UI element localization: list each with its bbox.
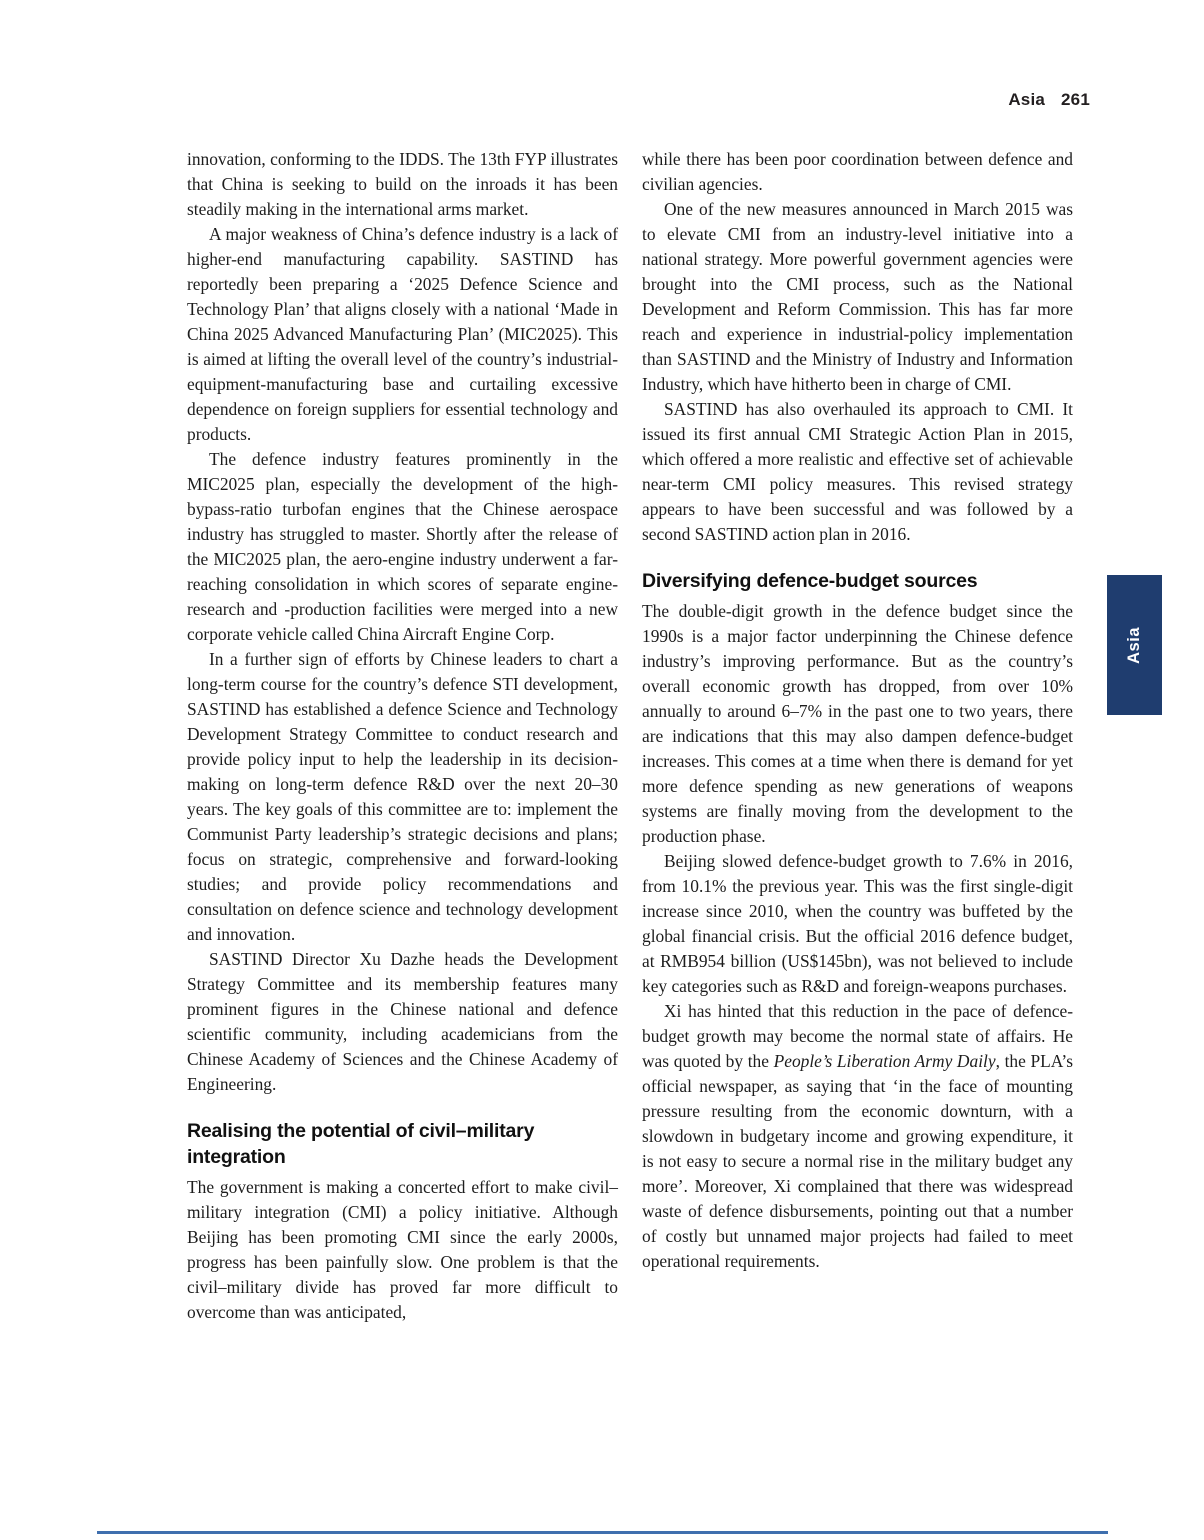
header-page-number: 261 (1061, 90, 1090, 109)
body-paragraph: innovation, conforming to the IDDS. The … (187, 147, 618, 222)
body-paragraph: SASTIND Director Xu Dazhe heads the Deve… (187, 947, 618, 1097)
left-column: innovation, conforming to the IDDS. The … (187, 147, 618, 1325)
page-header: Asia261 (642, 90, 1090, 110)
body-paragraph: The defence industry features prominentl… (187, 447, 618, 647)
page: Asia261 innovation, conforming to the ID… (0, 0, 1204, 1540)
body-paragraph: Xi has hinted that this reduction in the… (642, 999, 1073, 1274)
section-heading: Diversifying defence-budget sources (642, 568, 1073, 594)
side-tab-label: Asia (1125, 627, 1144, 664)
header-section-label: Asia (1008, 90, 1045, 109)
body-paragraph: A major weakness of China’s defence indu… (187, 222, 618, 447)
body-paragraph: In a further sign of efforts by Chinese … (187, 647, 618, 947)
body-paragraph: SASTIND has also overhauled its approach… (642, 397, 1073, 547)
footer-rule (97, 1531, 1108, 1534)
asia-section-tab: Asia (1107, 575, 1162, 715)
body-paragraph: Beijing slowed defence-budget growth to … (642, 849, 1073, 999)
body-paragraph: One of the new measures announced in Mar… (642, 197, 1073, 397)
right-column: while there has been poor coordination b… (642, 147, 1073, 1274)
body-paragraph: The double-digit growth in the defence b… (642, 599, 1073, 849)
body-paragraph: while there has been poor coordination b… (642, 147, 1073, 197)
section-heading: Realising the potential of civil–militar… (187, 1118, 618, 1170)
body-paragraph: The government is making a concerted eff… (187, 1175, 618, 1325)
